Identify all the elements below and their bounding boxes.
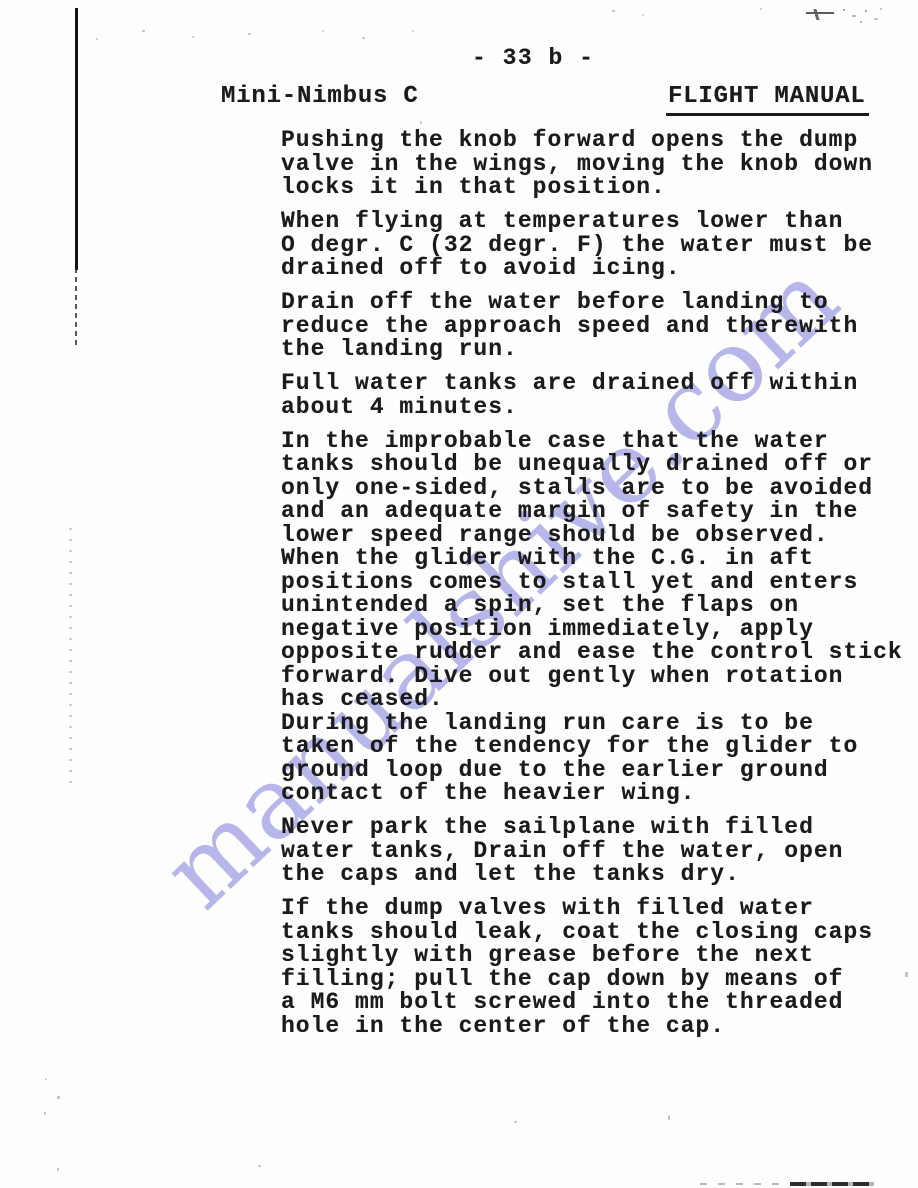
scan-speck — [248, 33, 251, 35]
scan-speck — [612, 10, 615, 12]
scan-speck — [760, 8, 762, 10]
scan-speck — [258, 1165, 261, 1167]
aircraft-model-title: Mini-Nimbus C — [221, 83, 419, 110]
paragraph-drain-time: Full water tanks are drained off within … — [281, 372, 918, 419]
scan-speck — [57, 1168, 59, 1171]
manual-title: FLIGHT MANUAL — [666, 83, 869, 116]
scan-margin-speckle — [69, 528, 72, 783]
scan-speck — [192, 36, 194, 38]
scan-speck — [514, 1121, 517, 1123]
paragraph-drain-before-landing: Drain off the water before landing to re… — [281, 291, 918, 362]
scan-smudge-cloud — [836, 4, 886, 26]
scan-speck — [142, 30, 145, 32]
scan-speck — [44, 1112, 46, 1115]
scan-speck — [96, 38, 98, 40]
scan-smudge-mark — [806, 9, 834, 20]
paragraph-icing: When flying at temperatures lower than O… — [281, 210, 918, 281]
scan-bottom-dash-line — [790, 1182, 874, 1186]
scan-fold-line — [75, 8, 78, 270]
scan-fold-line-tail — [75, 268, 77, 346]
scan-speck — [642, 14, 644, 16]
scan-speck — [45, 1078, 47, 1080]
paragraph-leaking-valves: If the dump valves with filled water tan… — [281, 897, 918, 1038]
paragraph-dump-valve: Pushing the knob forward opens the dump … — [281, 129, 918, 200]
page-number: - 33 b - — [472, 45, 594, 71]
scan-speck — [362, 37, 365, 39]
paragraph-unequal-drain-spin: In the improbable case that the water ta… — [281, 430, 918, 806]
scan-bottom-dash-line-faint — [700, 1183, 786, 1185]
scanned-manual-page: manualshive.com - 33 b - Mini-Nimbus C F… — [0, 0, 918, 1188]
scan-speck — [412, 30, 414, 32]
scan-speck — [420, 121, 422, 124]
paragraph-never-park-filled: Never park the sailplane with filled wat… — [281, 816, 918, 887]
scan-speck — [322, 30, 324, 32]
body-text: Pushing the knob forward opens the dump … — [281, 129, 918, 1049]
scan-speck — [57, 1096, 60, 1099]
scan-speck — [668, 1115, 670, 1120]
